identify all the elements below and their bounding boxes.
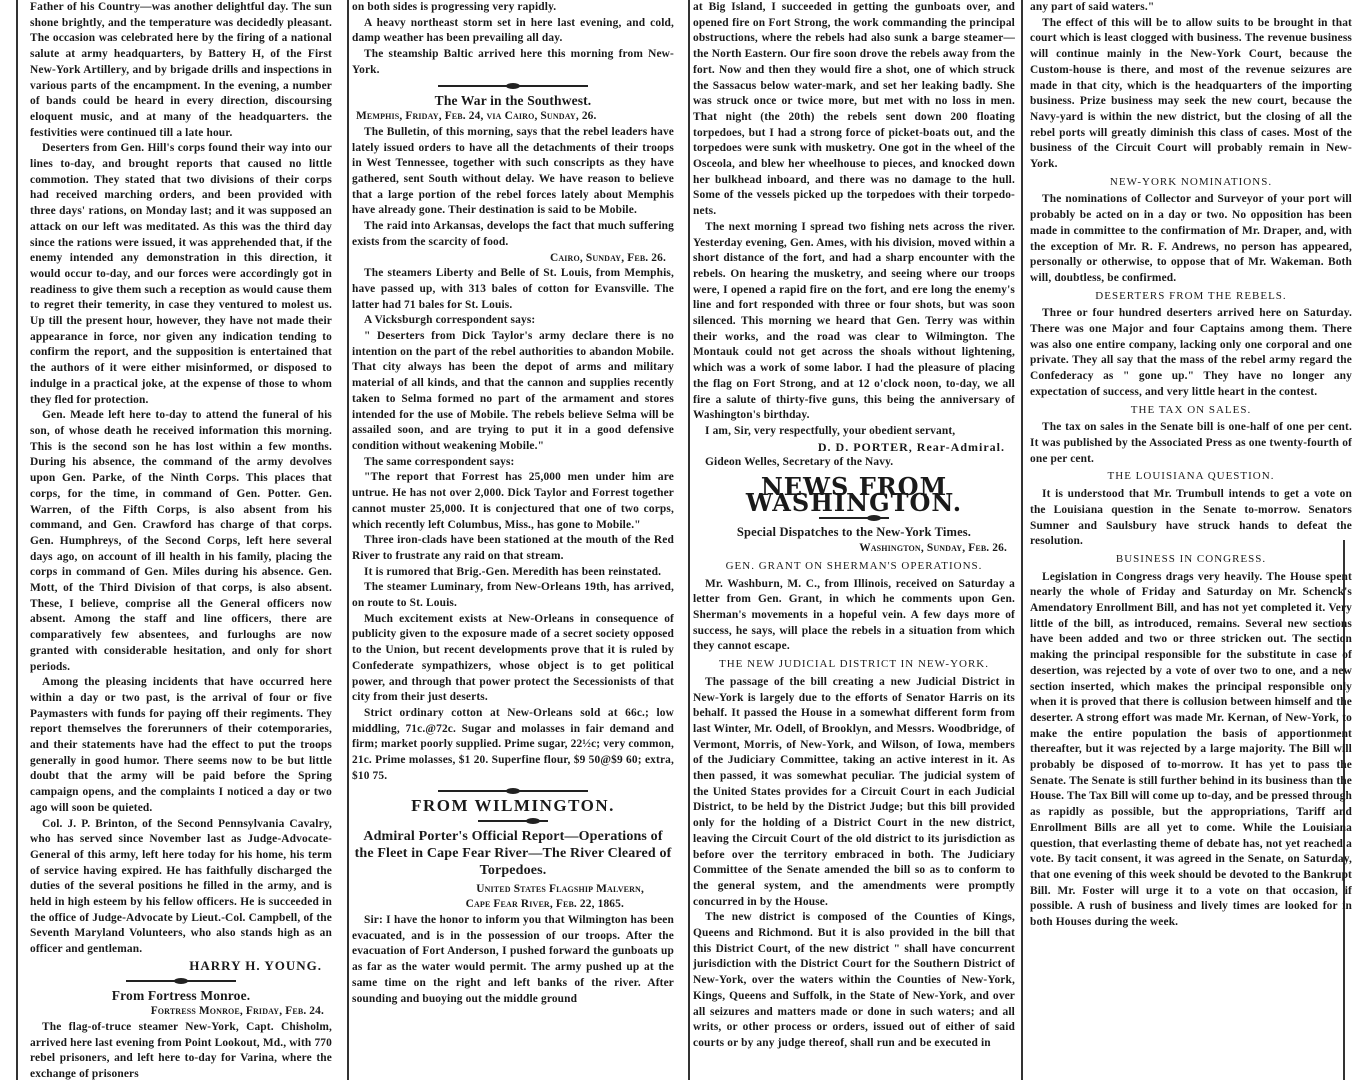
section-heading: FROM WILMINGTON. <box>352 798 674 814</box>
article-paragraph: The steamer Luminary, from New-Orleans 1… <box>352 580 674 611</box>
article-paragraph: The nominations of Collector and Surveyo… <box>1030 192 1352 286</box>
article-paragraph: Strict ordinary cotton at New-Orleans so… <box>352 706 674 785</box>
column-rule <box>347 0 349 1080</box>
section-divider-ornament <box>126 980 236 982</box>
article-paragraph: The passage of the bill creating a new J… <box>693 675 1015 911</box>
section-subheading: Special Dispatches to the New-York Times… <box>693 525 1015 541</box>
subsection-heading: BUSINESS IN CONGRESS. <box>1030 552 1352 568</box>
article-paragraph: The flag-of-truce steamer New-York, Capt… <box>30 1020 332 1080</box>
subsection-heading: THE LOUISIANA QUESTION. <box>1030 469 1352 485</box>
article-paragraph: The new district is composed of the Coun… <box>693 910 1015 1051</box>
article-paragraph: Deserters from Gen. Hill's corps found t… <box>30 141 332 408</box>
article-paragraph: Mr. Washburn, M. C., from Illinois, rece… <box>693 577 1015 656</box>
article-paragraph: Much excitement exists at New-Orleans in… <box>352 612 674 706</box>
article-paragraph: "The report that Forrest has 25,000 men … <box>352 470 674 533</box>
article-paragraph: The Bulletin, of this morning, says that… <box>352 125 674 219</box>
subsection-heading: GEN. GRANT ON SHERMAN'S OPERATIONS. <box>693 559 1015 575</box>
article-paragraph: Gen. Meade left here to-day to attend th… <box>30 408 332 675</box>
article-paragraph: Sir: I have the honor to inform you that… <box>352 913 674 1007</box>
article-paragraph: The same correspondent says: <box>352 455 674 471</box>
article-paragraph: A heavy northeast storm set in here last… <box>352 16 674 47</box>
column-2: on both sides is progressing very rapidl… <box>352 0 674 1080</box>
addressee: Gideon Welles, Secretary of the Navy. <box>693 455 1015 471</box>
section-divider-ornament <box>478 820 548 822</box>
section-divider <box>438 790 588 792</box>
article-paragraph: on both sides is progressing very rapidl… <box>352 0 674 16</box>
article-paragraph: Three or four hundred deserters arrived … <box>1030 306 1352 400</box>
article-paragraph: at Big Island, I succeeded in getting th… <box>693 0 1015 220</box>
article-paragraph: The steamship Baltic arrived here this m… <box>352 47 674 78</box>
correspondent-signature: HARRY H. YOUNG. <box>30 958 332 974</box>
article-paragraph: " Deserters from Dick Taylor's army decl… <box>352 329 674 455</box>
column-rule <box>1021 0 1023 1080</box>
section-subheading: Admiral Porter's Official Report—Operati… <box>352 828 674 879</box>
article-paragraph: Father of his Country—was another deligh… <box>30 0 332 141</box>
article-paragraph: I am, Sir, very respectfully, your obedi… <box>693 424 1015 440</box>
article-paragraph: It is rumored that Brig.-Gen. Meredith h… <box>352 565 674 581</box>
section-heading: From Fortress Monroe. <box>30 988 332 1004</box>
article-paragraph: A Vicksburgh correspondent says: <box>352 313 674 329</box>
article-paragraph: The steamers Liberty and Belle of St. Lo… <box>352 266 674 313</box>
section-divider-ornament <box>819 517 889 519</box>
article-paragraph: Among the pleasing incidents that have o… <box>30 675 332 816</box>
article-paragraph: It is understood that Mr. Trumbull inten… <box>1030 487 1352 550</box>
dateline: Cape Fear River, Feb. 22, 1865. <box>352 897 674 913</box>
section-heading: NEWS FROM WASHINGTON. <box>693 479 1015 510</box>
subsection-heading: THE NEW JUDICIAL DISTRICT IN NEW-YORK. <box>693 657 1015 673</box>
article-paragraph: The raid into Arkansas, develops the fac… <box>352 219 674 250</box>
article-paragraph: The effect of this will be to allow suit… <box>1030 16 1352 173</box>
article-paragraph: Col. J. P. Brinton, of the Second Pennsy… <box>30 817 332 958</box>
dateline: Fortress Monroe, Friday, Feb. 24. <box>30 1004 332 1020</box>
section-heading: The War in the Southwest. <box>352 93 674 109</box>
dateline: Cairo, Sunday, Feb. 26. <box>352 251 674 267</box>
report-signature: D. D. PORTER, Rear-Admiral. <box>693 440 1015 456</box>
subsection-heading: THE TAX ON SALES. <box>1030 403 1352 419</box>
column-rule <box>688 0 690 1080</box>
column-1: Father of his Country—was another deligh… <box>10 0 332 1080</box>
column-4: any part of said waters." The effect of … <box>1030 0 1352 1080</box>
article-paragraph: The tax on sales in the Senate bill is o… <box>1030 420 1352 467</box>
dateline: Memphis, Friday, Feb. 24, via Cairo, Sun… <box>352 109 674 125</box>
article-paragraph: any part of said waters." <box>1030 0 1352 16</box>
dateline: Washington, Sunday, Feb. 26. <box>693 541 1015 557</box>
section-divider-ornament <box>438 85 588 87</box>
subsection-heading: NEW-YORK NOMINATIONS. <box>1030 175 1352 191</box>
column-3: at Big Island, I succeeded in getting th… <box>693 0 1015 1080</box>
article-paragraph: The next morning I spread two fishing ne… <box>693 220 1015 424</box>
dateline: United States Flagship Malvern, <box>352 882 674 898</box>
subsection-heading: DESERTERS FROM THE REBELS. <box>1030 289 1352 305</box>
article-paragraph: Three iron-clads have been stationed at … <box>352 533 674 564</box>
article-paragraph: Legislation in Congress drags very heavi… <box>1030 570 1352 931</box>
